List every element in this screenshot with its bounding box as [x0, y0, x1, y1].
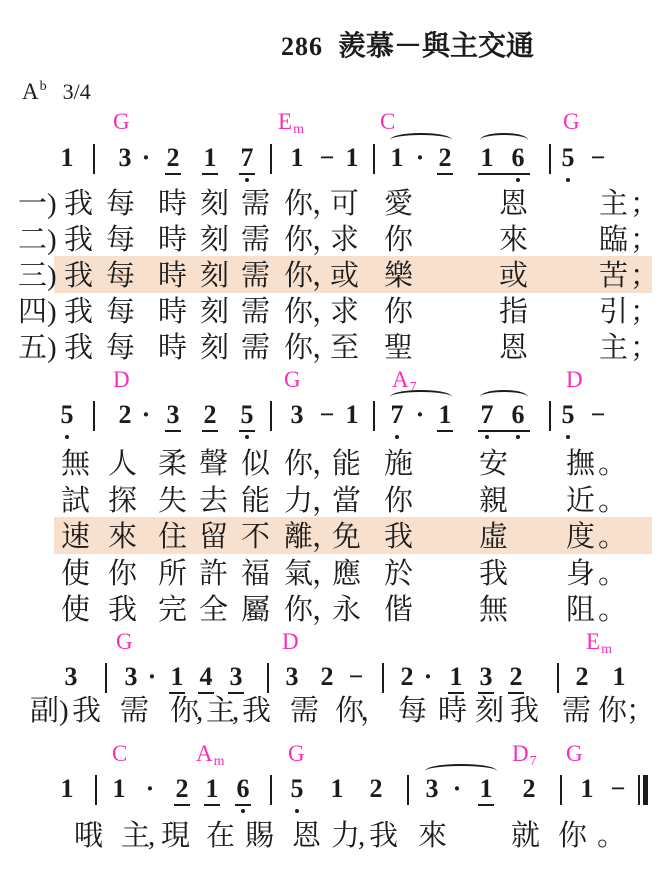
time-signature: 3/4: [63, 79, 91, 104]
note-digit: 1: [113, 776, 126, 802]
lyric-syllable: 住: [158, 523, 187, 552]
lyric-syllable: 速: [61, 523, 90, 552]
note-digit: 3: [167, 402, 180, 428]
lyric-syllable: 我: [72, 697, 101, 726]
final-barline: [638, 775, 649, 805]
note-digit: 2: [576, 664, 589, 690]
lyric-syllable: 偕: [384, 596, 413, 625]
sustain-dash: −: [320, 145, 335, 171]
note-beam: [478, 430, 530, 432]
lyric-syllable: 求: [330, 226, 359, 255]
note-digit: 1: [613, 664, 626, 690]
lyric-syllable: 似: [241, 450, 270, 479]
lyric-syllable: 刻: [200, 298, 229, 327]
chord-quality-sub: m: [601, 642, 612, 657]
note-underline: [508, 692, 524, 694]
lyric-syllable: 每: [106, 190, 135, 219]
lyric-syllable: 每: [106, 226, 135, 255]
augmentation-dot: ·: [142, 402, 151, 428]
lyric-syllable: 刻: [200, 190, 229, 219]
lyric-syllable: 身: [566, 560, 595, 589]
lyric-syllable: 我: [64, 226, 93, 255]
lyric-syllable: 我: [479, 560, 508, 589]
lyric-syllable: 近: [566, 487, 595, 516]
note-digit: 2: [370, 776, 383, 802]
lyric-syllable: 需: [120, 697, 149, 726]
note-digit: 1: [391, 145, 404, 171]
barline: [557, 663, 559, 693]
hymn-sheet-page: 286 羨慕－與主交通 Ab3/4 GEmCG13·2171−11·2165−D…: [0, 0, 666, 884]
lyric-syllable: 無: [479, 596, 508, 625]
lyric-syllable: 聲: [199, 450, 228, 479]
note-underline: [239, 173, 255, 175]
note-digit: 1: [346, 402, 359, 428]
lyric-syllable: 許: [199, 560, 228, 589]
lyric-syllable: 你: [284, 190, 313, 219]
note-underline: [437, 173, 453, 175]
note-digit: 5: [241, 402, 254, 428]
lyric-syllable: 指: [499, 298, 528, 327]
note-digit: 3: [119, 145, 132, 171]
lyric-syllable: 每: [106, 298, 135, 327]
lyric-syllable: ；: [630, 334, 659, 363]
lyric-syllable: 主: [206, 697, 235, 726]
lyric-syllable: 你: [108, 560, 137, 589]
lyric-syllable: 全: [199, 596, 228, 625]
low-octave-dot: [566, 435, 570, 439]
lyric-syllable: 福: [241, 560, 270, 589]
lyric-syllable: 。: [598, 487, 627, 516]
note-underline: [235, 804, 251, 806]
lyric-syllable: 每: [398, 697, 427, 726]
lyric-syllable: 屬: [241, 596, 270, 625]
lyric-syllable: 你: [384, 298, 413, 327]
augmentation-dot: ·: [416, 145, 425, 171]
lyric-syllable: 失: [158, 487, 187, 516]
low-octave-dot: [245, 178, 249, 182]
chord-symbol: G: [566, 742, 583, 765]
note-digit: 1: [206, 776, 219, 802]
note-underline: [239, 430, 255, 432]
lyric-syllable: 時: [438, 697, 467, 726]
lyric-syllable: 無: [61, 450, 90, 479]
lyric-syllable: 可: [330, 190, 359, 219]
chord-symbol: C: [380, 110, 395, 133]
low-octave-dot: [566, 178, 570, 182]
lyric-syllable: 我: [369, 822, 398, 851]
note-underline: [169, 692, 185, 694]
lyric-syllable: 需: [241, 334, 270, 363]
lyric-syllable: 恩: [499, 190, 528, 219]
note-digit: 7: [241, 145, 254, 171]
lyric-syllable: 你: [558, 822, 587, 851]
lyric-syllable: 刻: [200, 226, 229, 255]
chord-symbol: G: [116, 630, 133, 653]
lyric-syllable: 就: [511, 822, 540, 851]
low-octave-dot: [485, 435, 489, 439]
note-digit: 1: [450, 664, 463, 690]
verse-marker: 副): [30, 697, 69, 726]
lyric-syllable: 來: [499, 226, 528, 255]
slur-arc: [425, 764, 497, 778]
lyric-syllable: 時: [158, 262, 187, 291]
lyric-syllable: 永: [332, 596, 361, 625]
lyric-syllable: ,: [148, 822, 155, 851]
note-digit: 3: [291, 402, 304, 428]
barline: [373, 144, 375, 174]
lyric-syllable: 。: [598, 560, 627, 589]
augmentation-dot: ·: [424, 664, 433, 690]
lyric-syllable: 我: [510, 697, 539, 726]
low-octave-dot: [395, 435, 399, 439]
lyric-syllable: 愛: [384, 190, 413, 219]
lyric-syllable: ，: [360, 697, 389, 726]
lyric-syllable: 不: [241, 523, 270, 552]
barline: [270, 401, 272, 431]
lyric-syllable: 哦: [74, 822, 103, 851]
hymn-title-text: 羨慕－與主交通: [338, 32, 534, 63]
note-digit: 1: [204, 145, 217, 171]
lyric-syllable: 你: [598, 697, 627, 726]
lyric-syllable: ；: [630, 262, 659, 291]
lyric-syllable: 賜: [245, 822, 274, 851]
note-digit: 1: [481, 145, 494, 171]
note-digit: 7: [391, 402, 404, 428]
note-underline: [165, 173, 181, 175]
barline: [407, 775, 409, 805]
lyric-syllable: 我: [64, 262, 93, 291]
note-digit: 1: [61, 776, 74, 802]
lyric-syllable: 我: [108, 596, 137, 625]
lyric-syllable: 能: [332, 450, 361, 479]
note-underline: [202, 173, 218, 175]
note-digit: 2: [119, 402, 132, 428]
note-digit: 5: [61, 402, 74, 428]
lyric-syllable: 阻: [566, 596, 595, 625]
low-octave-dot: [516, 178, 520, 182]
lyric-syllable: 需: [562, 697, 591, 726]
lyric-syllable: 求: [330, 298, 359, 327]
lyric-syllable: 虛: [479, 523, 508, 552]
augmentation-dot: ·: [453, 776, 462, 802]
note-digit: 5: [562, 402, 575, 428]
barline: [93, 144, 95, 174]
note-digit: 3: [426, 776, 439, 802]
lyric-syllable: 刻: [475, 697, 504, 726]
lyric-syllable: 親: [479, 487, 508, 516]
chord-symbol: G: [563, 110, 580, 133]
note-digit: 2: [510, 664, 523, 690]
note-digit: 1: [291, 145, 304, 171]
lyric-syllable: ；: [626, 697, 655, 726]
chord-symbol: A7: [392, 368, 416, 391]
lyric-syllable: 我: [64, 190, 93, 219]
lyric-syllable: 來: [108, 523, 137, 552]
note-underline: [437, 430, 453, 432]
lyric-syllable: 柔: [158, 450, 187, 479]
lyric-syllable: 或: [499, 262, 528, 291]
note-digit: 2: [204, 402, 217, 428]
lyric-syllable: 時: [158, 226, 187, 255]
note-digit: 2: [176, 776, 189, 802]
lyric-syllable: 使: [61, 560, 90, 589]
sustain-dash: −: [320, 402, 335, 428]
barline: [549, 401, 551, 431]
lyric-syllable: 留: [199, 523, 228, 552]
lyric-syllable: 需: [241, 262, 270, 291]
lyric-syllable: 主: [599, 190, 628, 219]
lyric-syllable: 需: [241, 190, 270, 219]
lyric-syllable: 你: [284, 450, 313, 479]
verse-marker: 一): [18, 190, 57, 219]
note-underline: [198, 692, 214, 694]
lyric-syllable: 恩: [292, 822, 321, 851]
note-digit: 1: [171, 664, 184, 690]
lyric-syllable: 至: [330, 334, 359, 363]
slur-arc: [480, 133, 528, 147]
lyric-syllable: 來: [418, 822, 447, 851]
hymn-number: 286: [281, 33, 323, 62]
barline: [549, 144, 551, 174]
barline: [105, 663, 107, 693]
lyric-syllable: 。: [598, 596, 627, 625]
note-digit: 3: [230, 664, 243, 690]
note-digit: 5: [291, 776, 304, 802]
note-digit: 1: [439, 402, 452, 428]
lyric-syllable: 需: [290, 697, 319, 726]
lyric-syllable: 我: [242, 697, 271, 726]
lyric-syllable: 免: [332, 523, 361, 552]
lyric-syllable: 度: [566, 523, 595, 552]
chord-symbol: G: [113, 110, 130, 133]
lyric-syllable: 我: [64, 334, 93, 363]
low-octave-dot: [241, 809, 245, 813]
low-octave-dot: [295, 809, 299, 813]
lyric-syllable: 恩: [499, 334, 528, 363]
note-underline: [478, 692, 494, 694]
note-underline: [204, 804, 220, 806]
low-octave-dot: [65, 435, 69, 439]
note-digit: 4: [200, 664, 213, 690]
lyric-syllable: 我: [64, 298, 93, 327]
key-accidental-flat: b: [40, 79, 47, 94]
augmentation-dot: ·: [146, 776, 155, 802]
lyric-syllable: 時: [158, 298, 187, 327]
barline: [382, 663, 384, 693]
chord-symbol: D: [282, 630, 299, 653]
barline: [270, 775, 272, 805]
lyric-syllable: 施: [384, 450, 413, 479]
note-digit: 3: [125, 664, 138, 690]
note-digit: 3: [65, 664, 78, 690]
lyric-syllable: 刻: [200, 262, 229, 291]
lyric-syllable: 你: [384, 487, 413, 516]
note-digit: 2: [321, 664, 334, 690]
chord-quality-sub: m: [214, 754, 225, 769]
lyric-syllable: 安: [479, 450, 508, 479]
lyric-syllable: ,: [232, 697, 239, 726]
lyric-syllable: 你: [284, 226, 313, 255]
lyric-syllable: ,: [196, 697, 203, 726]
verse-marker: 五): [18, 334, 57, 363]
lyric-syllable: 需: [241, 298, 270, 327]
note-underline: [165, 430, 181, 432]
note-digit: 7: [481, 402, 494, 428]
lyric-syllable: 時: [158, 190, 187, 219]
note-digit: 2: [401, 664, 414, 690]
low-octave-dot: [516, 435, 520, 439]
note-digit: 3: [286, 664, 299, 690]
lyric-syllable: 你: [284, 334, 313, 363]
hymn-title: 286 羨慕－與主交通: [281, 32, 534, 63]
augmentation-dot: ·: [142, 145, 151, 171]
lyric-syllable: 你: [284, 298, 313, 327]
note-underline: [174, 804, 190, 806]
lyric-syllable: 時: [158, 334, 187, 363]
lyric-syllable: 使: [61, 596, 90, 625]
lyric-syllable: 聖: [384, 334, 413, 363]
chord-symbol: C: [112, 742, 127, 765]
lyric-syllable: 臨: [599, 226, 628, 255]
lyric-syllable: 撫: [566, 450, 595, 479]
lyric-syllable: 或: [330, 262, 359, 291]
note-digit: 2: [167, 145, 180, 171]
note-digit: 3: [480, 664, 493, 690]
lyric-syllable: 每: [106, 334, 135, 363]
chord-symbol: D: [113, 368, 130, 391]
barline: [560, 775, 562, 805]
lyric-syllable: 完: [158, 596, 187, 625]
note-digit: 1: [480, 776, 493, 802]
barline: [373, 401, 375, 431]
chord-symbol: D: [566, 368, 583, 391]
lyric-syllable: 氣: [284, 560, 313, 589]
barline: [270, 144, 272, 174]
chord-symbol: G: [288, 742, 305, 765]
chord-symbol: D7: [512, 742, 536, 765]
slur-arc: [480, 390, 528, 404]
lyric-syllable: 。: [597, 822, 626, 851]
lyric-syllable: 去: [199, 487, 228, 516]
lyric-syllable: 現: [161, 822, 190, 851]
note-digit: 6: [237, 776, 250, 802]
note-digit: 1: [346, 145, 359, 171]
lyric-syllable: 你: [284, 596, 313, 625]
lyric-syllable: ；: [630, 226, 659, 255]
lyric-syllable: 。: [598, 450, 627, 479]
note-digit: 1: [331, 776, 344, 802]
key-signature: Ab3/4: [22, 78, 91, 106]
note-underline: [478, 804, 494, 806]
chord-symbol: Em: [586, 630, 611, 653]
verse-marker: 四): [18, 298, 57, 327]
sustain-dash: −: [349, 664, 364, 690]
lyric-syllable: 我: [384, 523, 413, 552]
note-digit: 2: [439, 145, 452, 171]
lyric-syllable: 需: [241, 226, 270, 255]
lyric-syllable: 你: [284, 262, 313, 291]
lyric-syllable: 。: [598, 523, 627, 552]
lyric-syllable: 離: [284, 523, 313, 552]
lyric-syllable: 你: [170, 697, 199, 726]
chord-symbol: Am: [196, 742, 224, 765]
augmentation-dot: ·: [416, 402, 425, 428]
note-underline: [448, 692, 464, 694]
lyric-syllable: 引: [599, 298, 628, 327]
note-digit: 1: [581, 776, 594, 802]
lyric-syllable: 試: [61, 487, 90, 516]
lyric-syllable: ；: [630, 190, 659, 219]
sustain-dash: −: [591, 402, 606, 428]
lyric-syllable: 應: [332, 560, 361, 589]
barline: [95, 775, 97, 805]
verse-marker: 二): [18, 226, 57, 255]
slur-arc: [390, 133, 452, 147]
sustain-dash: −: [611, 776, 626, 802]
lyric-syllable: 探: [108, 487, 137, 516]
key-root: A: [22, 79, 39, 104]
lyric-syllable: 在: [206, 822, 235, 851]
chord-symbol: Em: [278, 110, 303, 133]
lyric-syllable: ,: [358, 822, 365, 851]
lyric-syllable: 主: [599, 334, 628, 363]
lyric-syllable: 你: [384, 226, 413, 255]
low-octave-dot: [245, 435, 249, 439]
slur-arc: [390, 390, 452, 404]
note-digit: 5: [562, 145, 575, 171]
note-digit: 6: [512, 145, 525, 171]
lyric-syllable: 每: [106, 262, 135, 291]
lyric-syllable: 苦: [599, 262, 628, 291]
note-digit: 6: [512, 402, 525, 428]
augmentation-dot: ·: [148, 664, 157, 690]
note-digit: 2: [523, 776, 536, 802]
barline: [93, 401, 95, 431]
lyric-syllable: 樂: [384, 262, 413, 291]
chord-quality-sub: m: [293, 122, 304, 137]
lyric-syllable: 力: [284, 487, 313, 516]
chord-symbol: G: [284, 368, 301, 391]
chord-quality-sub: 7: [530, 754, 537, 769]
lyric-syllable: 當: [332, 487, 361, 516]
verse-marker: 三): [18, 262, 57, 291]
lyric-syllable: 人: [108, 450, 137, 479]
lyric-syllable: 主: [121, 822, 150, 851]
note-underline: [228, 692, 244, 694]
note-underline: [202, 430, 218, 432]
sustain-dash: −: [591, 145, 606, 171]
note-digit: 1: [61, 145, 74, 171]
lyric-syllable: 能: [241, 487, 270, 516]
lyric-syllable: ；: [630, 298, 659, 327]
lyric-syllable: 所: [158, 560, 187, 589]
note-beam: [478, 173, 530, 175]
lyric-syllable: 力: [331, 822, 360, 851]
barline: [267, 663, 269, 693]
lyric-syllable: 刻: [200, 334, 229, 363]
lyric-syllable: 於: [384, 560, 413, 589]
